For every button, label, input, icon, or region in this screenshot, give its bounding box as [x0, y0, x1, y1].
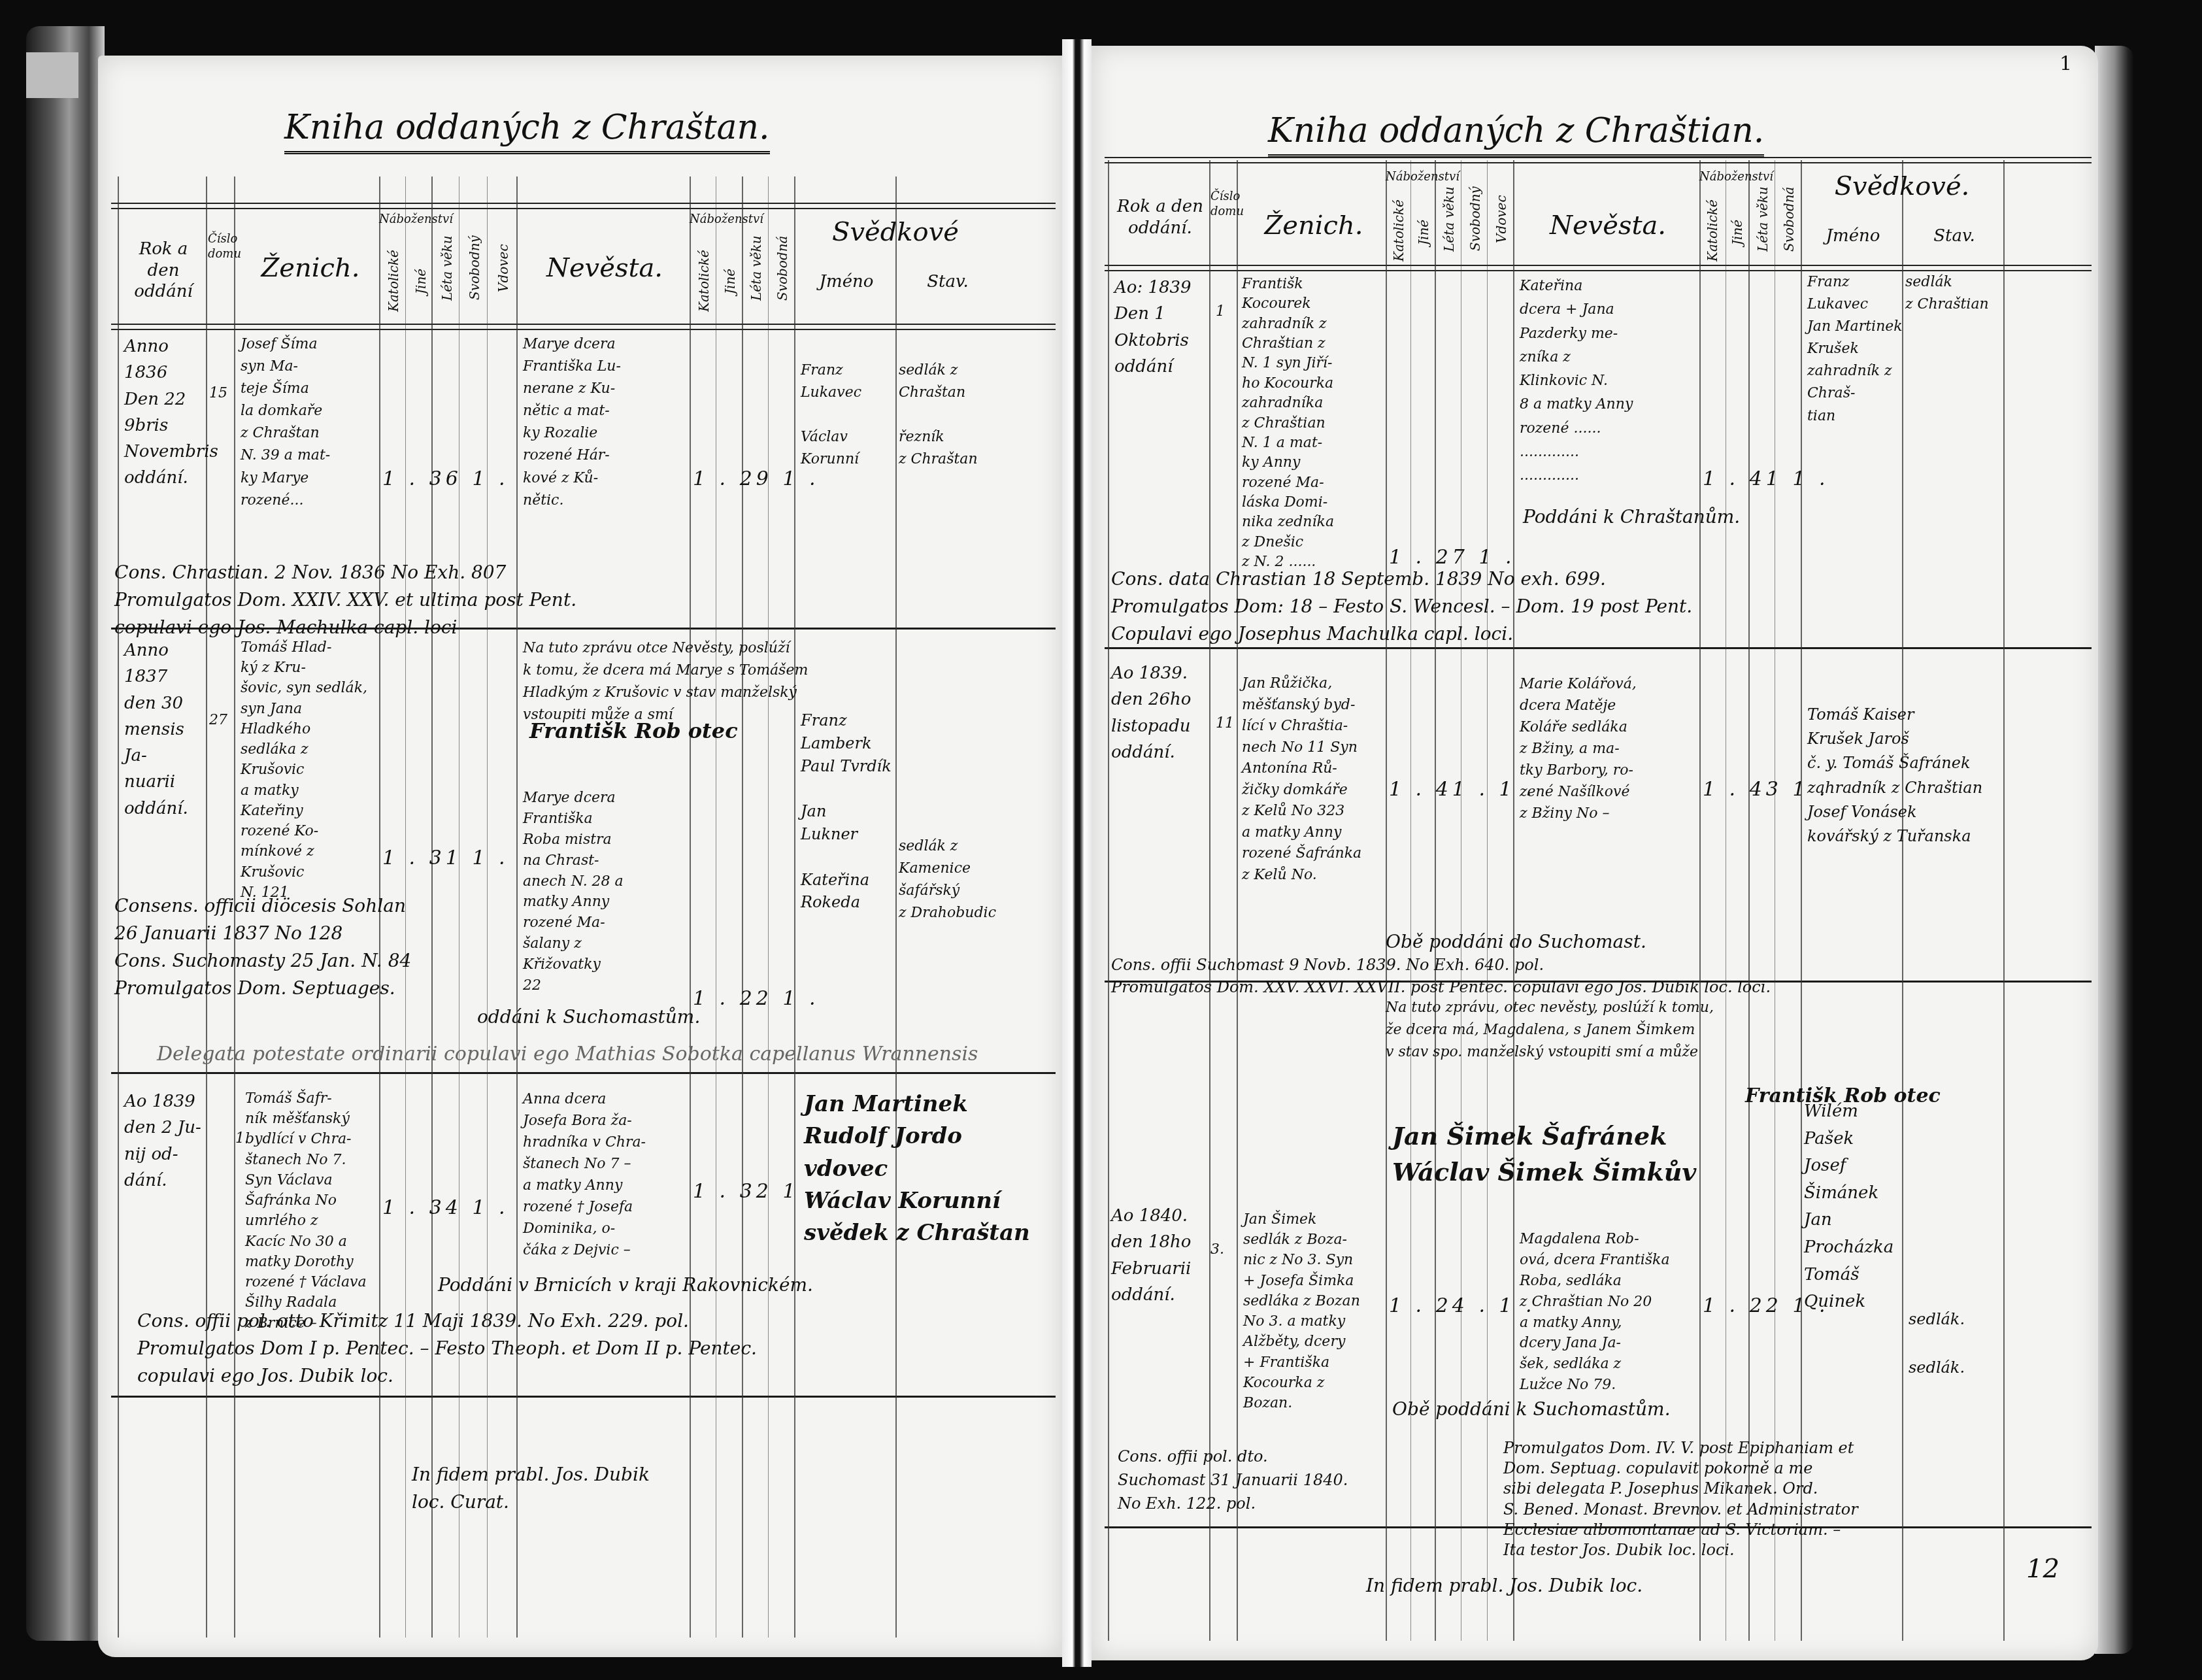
column-rule — [1775, 160, 1775, 1641]
header-bride: Nevěsta. — [1523, 209, 1693, 242]
header-groom-catholic: Katolické — [386, 245, 402, 317]
header-groom-other: Jiné — [413, 245, 429, 317]
entry-bride-marks: 1 . 32 1 . — [693, 1177, 820, 1207]
footer-mark: 12 — [2026, 1549, 2060, 1588]
header-groom-age: Léta věku — [1441, 176, 1458, 261]
header-groom-widower: Vdovec — [1493, 176, 1510, 261]
book-right-edge — [2095, 46, 2134, 1654]
header-bride-catholic: Katolické — [696, 245, 712, 317]
page-title: Kniha oddaných z Chraštan. — [284, 108, 770, 154]
header-top-rule — [111, 203, 1056, 209]
entry-groom-marks: 1 . 41 . 1 . — [1389, 775, 1536, 805]
entry-after-note: Poddáni k Chraštanům. — [1523, 503, 1740, 531]
entry-house-no: 3. — [1210, 1239, 1224, 1261]
header-groom-religion: Náboženství — [1386, 170, 1435, 185]
header-bride-catholic: Katolické — [1705, 203, 1721, 261]
entry-groom: Josef Šíma syn Ma- teje Šíma la domkaře … — [241, 333, 378, 512]
header-bride-single: Svobodná — [1781, 176, 1797, 261]
entry-notes: Cons. offii pol. otto Křimitz 11 Maji 18… — [137, 1307, 987, 1390]
entry-house-no: 1 — [1216, 301, 1225, 323]
column-rule — [768, 176, 769, 1638]
header-date: Rok a den oddání. — [1111, 196, 1209, 239]
header-house-no: Číslo domu — [208, 232, 234, 261]
closing-attestation: In fidem prabl. Jos. Dubik loc. — [1366, 1572, 1643, 1600]
header-groom-single: Svobodný — [467, 219, 483, 317]
left-page: Kniha oddaných z Chraštan. Rok a den odd… — [98, 56, 1062, 1657]
couple-signatures: Jan Šimek Šafránek Wáclav Šimek Šimkův — [1392, 1118, 1696, 1190]
book-spine — [1062, 39, 1092, 1667]
column-rule — [1237, 160, 1238, 1641]
entry-notes: Cons. offii Suchomast 9 Novb. 1839. No E… — [1111, 954, 2059, 998]
entry-groom-marks: 1 . 34 1 . — [382, 1193, 509, 1224]
entry-bride: Magdalena Rob- ová, dcera Františka Roba… — [1520, 1229, 1699, 1396]
header-groom-religion: Náboženství — [379, 212, 431, 227]
entry-bride: Marye dcera Františka Roba mistra na Chr… — [523, 788, 686, 996]
entry-witness-status: sedlák z Chraštian — [1905, 271, 2003, 316]
entry-groom: Tomáš Šafr- ník měšťanský bydlící v Chra… — [245, 1088, 382, 1334]
header-bride-other: Jiné — [1729, 203, 1746, 261]
column-rule — [1209, 160, 1210, 1641]
entry-date: Ao 1839 den 2 Ju- nij od- dání. — [124, 1088, 206, 1194]
header-groom-single: Svobodný — [1467, 176, 1484, 261]
entry-bride: Marie Kolářová, dcera Matěje Koláře sedl… — [1520, 673, 1699, 824]
entry-notes: Cons. data Chrastian 18 Septemb. 1839 No… — [1111, 565, 2059, 648]
column-rule — [1726, 160, 1726, 1641]
closing-attestation: In fidem prabl. Jos. Dubik loc. Curat. — [412, 1461, 650, 1516]
header-witness-name: Jméno — [797, 271, 895, 293]
entry-witnesses: Jan Martinek Rudolf Jordo vdovec Wáclav … — [804, 1088, 1030, 1249]
entry-bride: Anna dcera Josefa Bora ža- hradníka v Ch… — [523, 1088, 686, 1261]
entry-bride-marks: 1 . 41 1 . — [1703, 464, 1829, 495]
header-witnesses: Svědkové. — [1804, 170, 2000, 203]
header-witness-status: Stav. — [1905, 226, 2003, 247]
entry-groom-marks: 1 . 36 1 . — [382, 464, 509, 495]
father-signature: Františk Rob otec — [529, 716, 738, 746]
entry-date: Ao 1839. den 26ho listopadu oddání. — [1111, 660, 1206, 765]
entry-date: Anno 1837 den 30 mensis Ja- nuarii oddán… — [124, 637, 206, 822]
header-bottom-rule — [1105, 265, 2092, 271]
entry-after-note: Obě poddáni do Suchomast. — [1386, 928, 1646, 956]
delegation-note: Delegata potestate ordinarii copulavi eg… — [157, 1039, 1059, 1069]
column-rule — [1108, 160, 1109, 1641]
header-groom-other: Jiné — [1416, 203, 1432, 261]
entry-divider — [111, 1072, 1056, 1074]
column-rule — [716, 176, 716, 1638]
entry-witnesses: Wilém Pašek Josef Šimánek Jan Procházka … — [1804, 1098, 1909, 1316]
column-rule — [794, 176, 795, 1638]
header-house-no: Číslo domu — [1210, 190, 1237, 219]
entry-date: Anno 1836 Den 22 9bris Novembris oddání. — [124, 333, 206, 492]
entry-date: Ao: 1839 Den 1 Oktobris oddání — [1114, 275, 1209, 380]
right-page: 1 Kniha oddaných z Chraštian. Rok a den … — [1092, 46, 2098, 1660]
column-rule — [690, 176, 691, 1638]
header-top-rule — [1105, 157, 2092, 163]
header-bride-religion: Náboženství — [690, 212, 742, 227]
entry-witnesses: Tomáš Kaiser Krušek Jaroš č. y. Tomáš Ša… — [1807, 703, 2023, 848]
header-bottom-rule — [111, 324, 1056, 330]
entry-bride-marks: 1 . 22 1 . — [693, 984, 820, 1015]
entry-groom: Jan Šimek sedlák z Boza- nic z No 3. Syn… — [1243, 1209, 1387, 1413]
header-bride: Nevěsta. — [523, 252, 686, 284]
entry-witness-status: sedlák z Chraštan řezník z Chraštan — [899, 360, 1016, 471]
entry-witnesses: Franz Lukavec Václav Korunní — [801, 360, 895, 471]
column-rule — [1699, 160, 1701, 1641]
header-date: Rok a den oddání — [124, 239, 203, 303]
header-witness-status: Stav. — [899, 271, 997, 293]
entry-groom: Jan Růžička, měšťanský byd- lící v Chraš… — [1242, 673, 1386, 886]
column-rule — [1801, 160, 1802, 1641]
entry-groom-marks: 1 . 24 . 1 . — [1389, 1291, 1536, 1322]
header-groom-widower: Vdovec — [495, 219, 512, 317]
header-bride-religion: Náboženství — [1699, 170, 1748, 185]
page-number: 1 — [2060, 52, 2072, 75]
column-rule — [742, 176, 743, 1638]
header-bride-age: Léta věku — [748, 219, 765, 317]
header-witness-name: Jméno — [1804, 226, 1902, 247]
binding-tab — [26, 52, 78, 98]
entry-witness-status: sedlák. sedlák. — [1909, 1307, 2000, 1381]
entry-notes: Consens. officii diöcesis Sohlan 26 Janu… — [114, 892, 520, 1002]
header-bride-age: Léta věku — [1755, 176, 1771, 261]
header-groom-age: Léta věku — [439, 219, 456, 317]
entry-groom-marks: 1 . 31 1 . — [382, 843, 509, 874]
entry-groom: Tomáš Hlad- ký z Kru- šovic, syn sedlák,… — [241, 637, 378, 903]
header-groom: Ženich. — [248, 252, 373, 284]
column-rule — [1386, 160, 1387, 1641]
entry-notes: Cons. offii pol. dto. Suchomast 31 Janua… — [1118, 1445, 1392, 1515]
column-rule — [2003, 160, 2005, 1641]
entry-after-note: Obě poddáni k Suchomastům. — [1392, 1396, 1671, 1423]
header-groom-catholic: Katolické — [1391, 203, 1407, 261]
entry-after-note: Poddáni v Brnicích v kraji Rakovnickém. — [438, 1271, 813, 1299]
entry-house-no: 27 — [209, 709, 227, 731]
header-groom: Ženich. — [1248, 209, 1379, 242]
entry-after-note: oddáni k Suchomastům. — [477, 1003, 700, 1031]
book-left-edge — [26, 26, 105, 1641]
entry-bride: Marye dcera Františka Lu- nerane z Ku- n… — [523, 333, 686, 512]
column-rule — [1748, 160, 1750, 1641]
header-bride-other: Jiné — [722, 245, 739, 317]
consent-text: Na tuto zprávu, otec nevěsty, poslúží k … — [1386, 997, 1974, 1064]
entry-house-no: 11 — [1216, 713, 1234, 735]
entry-groom: Františk Kocourek zahradník z Chraštian … — [1242, 275, 1386, 572]
entry-date: Ao 1840. den 18ho Februarii oddání. — [1111, 1203, 1209, 1308]
entry-house-no: 15 — [209, 382, 227, 405]
entry-witness-status: sedlák z Kamenice šafářský z Drahobudic — [899, 791, 1029, 925]
header-bride-single: Svobodná — [775, 219, 791, 317]
entry-notes: Cons. Chrastian. 2 Nov. 1836 No Exh. 807… — [114, 559, 833, 641]
entry-divider — [111, 1396, 1056, 1398]
page-title: Kniha oddaných z Chraštian. — [1268, 111, 1764, 158]
promulgation-note: Promulgatos Dom. IV. V. post Epiphaniam … — [1503, 1438, 2026, 1560]
entry-bride: Kateřina dcera + Jana Pazderky me- zníka… — [1520, 275, 1696, 488]
header-witnesses: Svědkové — [797, 216, 993, 248]
